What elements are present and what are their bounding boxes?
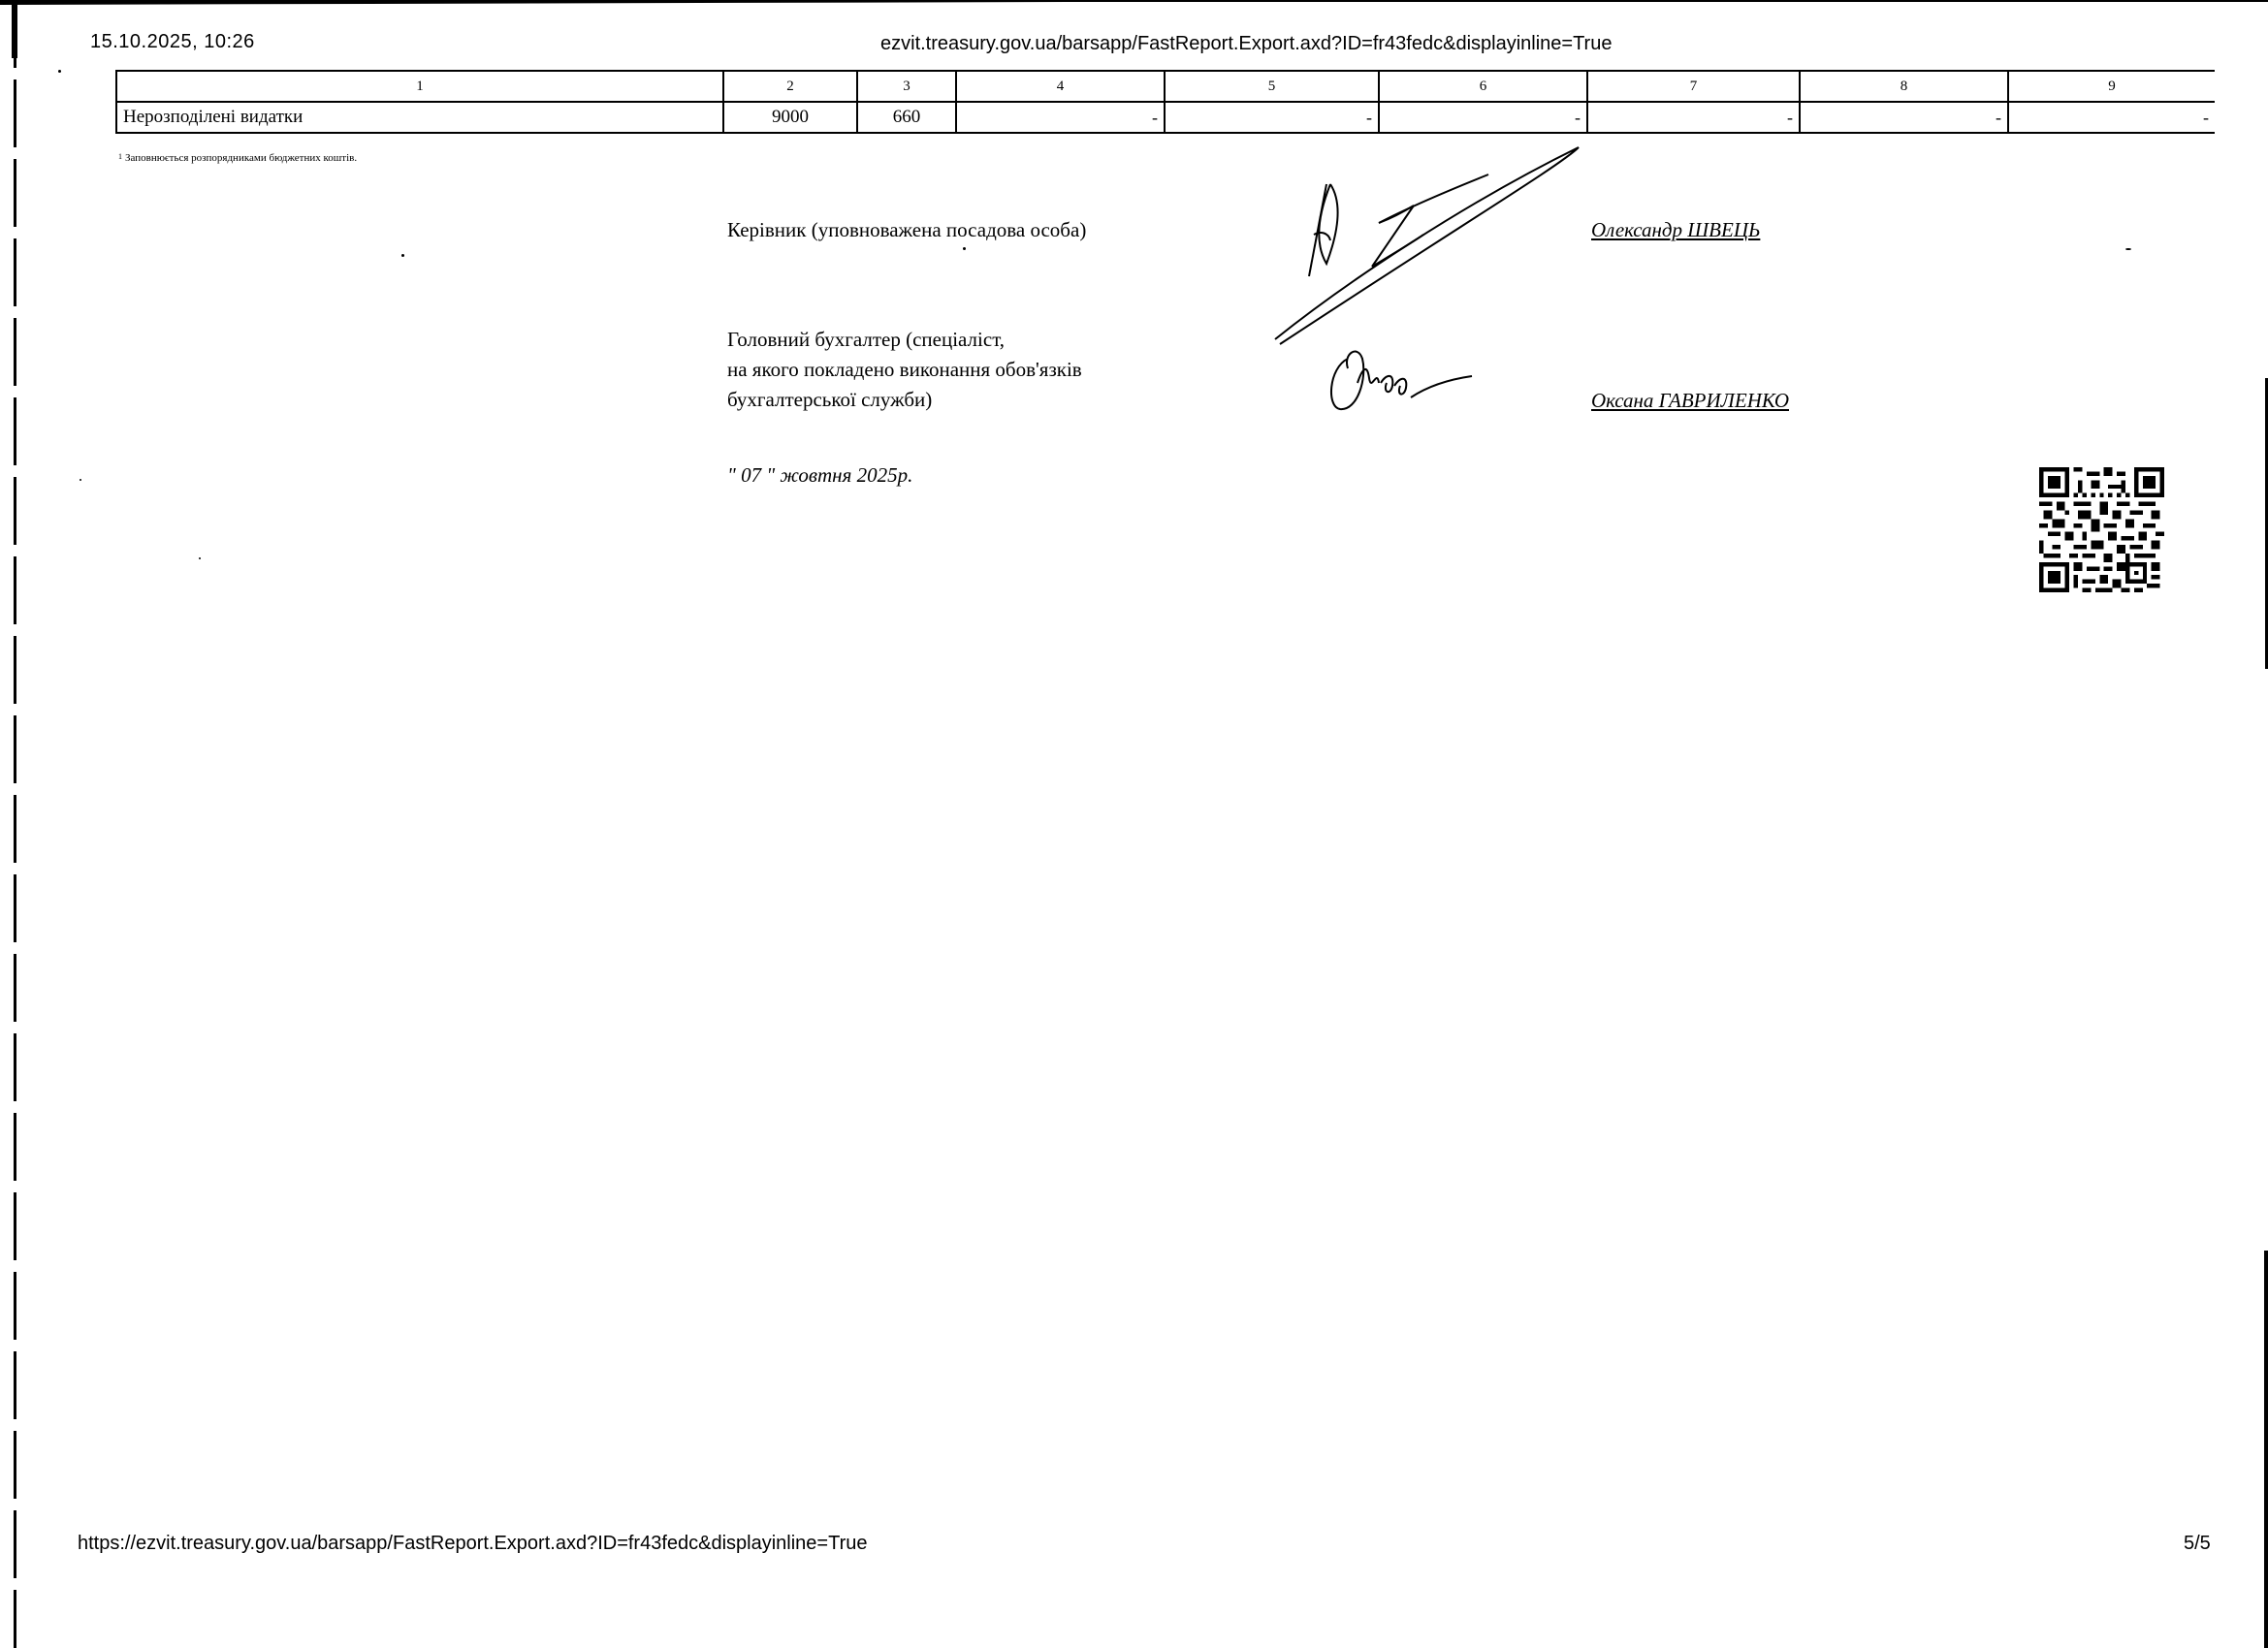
cell-code: 660	[857, 102, 956, 133]
footnote-text: Заповнюється розпорядниками бюджетних ко…	[125, 152, 357, 164]
accountant-role-label: Головний бухгалтер (спеціаліст, на якого…	[727, 325, 1082, 415]
expenditure-table: 1 2 3 4 5 6 7 8 9 Нерозподілені видатки …	[115, 70, 2215, 134]
print-datetime: 15.10.2025, 10:26	[90, 31, 255, 53]
scan-speck	[2125, 248, 2131, 250]
cell-value: -	[2008, 102, 2215, 133]
accountant-signature-icon	[1319, 339, 1474, 417]
accountant-name: Оксана ГАВРИЛЕНКО	[1591, 389, 1789, 413]
page-number: 5/5	[2184, 1533, 2211, 1555]
cell-value: -	[956, 102, 1165, 133]
signing-date: " 07 " жовтня 2025р.	[727, 463, 912, 488]
cell-value: -	[1587, 102, 1800, 133]
row-name: Нерозподілені видатки	[116, 102, 723, 133]
footnote: 1Заповнюється розпорядниками бюджетних к…	[118, 152, 357, 164]
column-number: 8	[1800, 71, 2008, 102]
cell-value: -	[1379, 102, 1587, 133]
footnote-mark: 1	[118, 152, 122, 161]
accountant-role-line: бухгалтерської служби)	[727, 385, 1082, 415]
column-number: 6	[1379, 71, 1587, 102]
qr-code-icon	[2039, 467, 2164, 592]
column-number: 5	[1165, 71, 1379, 102]
column-number: 1	[116, 71, 723, 102]
column-number: 7	[1587, 71, 1800, 102]
column-number: 4	[956, 71, 1165, 102]
accountant-role-line: на якого покладено виконання обов'язків	[727, 355, 1082, 385]
column-number: 9	[2008, 71, 2215, 102]
scan-speck	[199, 557, 201, 559]
scan-speck	[58, 70, 61, 73]
scan-edge-right-lower	[2264, 1251, 2268, 1648]
column-number-row: 1 2 3 4 5 6 7 8 9	[116, 71, 2215, 102]
print-footer-url: https://ezvit.treasury.gov.ua/barsapp/Fa…	[78, 1533, 868, 1555]
cell-value: -	[1165, 102, 1379, 133]
accountant-role-line: Головний бухгалтер (спеціаліст,	[727, 325, 1082, 355]
scan-speck	[401, 254, 404, 257]
table-row: Нерозподілені видатки 9000 660 - - - - -…	[116, 102, 2215, 133]
head-signature-icon	[1270, 145, 1581, 349]
scan-edge-left	[14, 0, 16, 1648]
cell-value: -	[1800, 102, 2008, 133]
head-name: Олександр ШВЕЦЬ	[1591, 218, 1760, 242]
column-number: 3	[857, 71, 956, 102]
cell-code: 9000	[723, 102, 857, 133]
head-role-label: Керівник (уповноважена посадова особа)	[727, 215, 1086, 245]
scan-speck	[963, 247, 966, 250]
print-header-url: ezvit.treasury.gov.ua/barsapp/FastReport…	[880, 33, 1612, 55]
column-number: 2	[723, 71, 857, 102]
scan-speck	[80, 479, 81, 481]
